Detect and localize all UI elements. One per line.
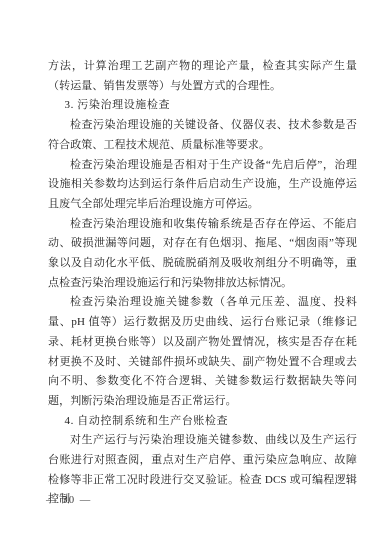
paragraph: 检查污染治理设施的关键设备、仪器仪表、技术参数是否符合政策、工程技术规范、质量标…	[48, 116, 357, 155]
paragraph: 检查污染治理设施关键参数（各单元压差、温度、投料量、pH 值等）运行数据及历史曲…	[48, 293, 357, 411]
paragraph: 检查污染治理设施和收集传输系统是否存在停运、不能启动、破损泄漏等问题，对存在有色…	[48, 215, 357, 294]
section-heading-3: 3. 污染治理设施检查	[48, 96, 357, 116]
page-number: — 30 —	[46, 495, 92, 506]
paragraph: 方法，计算治理工艺副产物的理论产量，检查其实际产生量（转运量、销售发票等）与处置…	[48, 57, 357, 96]
paragraph: 对生产运行与污染治理设施关键参数、曲线以及生产运行台账进行对照查阅，重点对生产启…	[48, 431, 357, 510]
section-heading-4: 4. 自动控制系统和生产台账检查	[48, 412, 357, 432]
paragraph: 检查污染治理设施是否相对于生产设备“先启后停”，治理设施相关参数均达到运行条件后…	[48, 156, 357, 215]
text-block: 方法，计算治理工艺副产物的理论产量，检查其实际产生量（转运量、销售发票等）与处置…	[48, 57, 357, 510]
document-page: 方法，计算治理工艺副产物的理论产量，检查其实际产生量（转运量、销售发票等）与处置…	[0, 0, 390, 551]
